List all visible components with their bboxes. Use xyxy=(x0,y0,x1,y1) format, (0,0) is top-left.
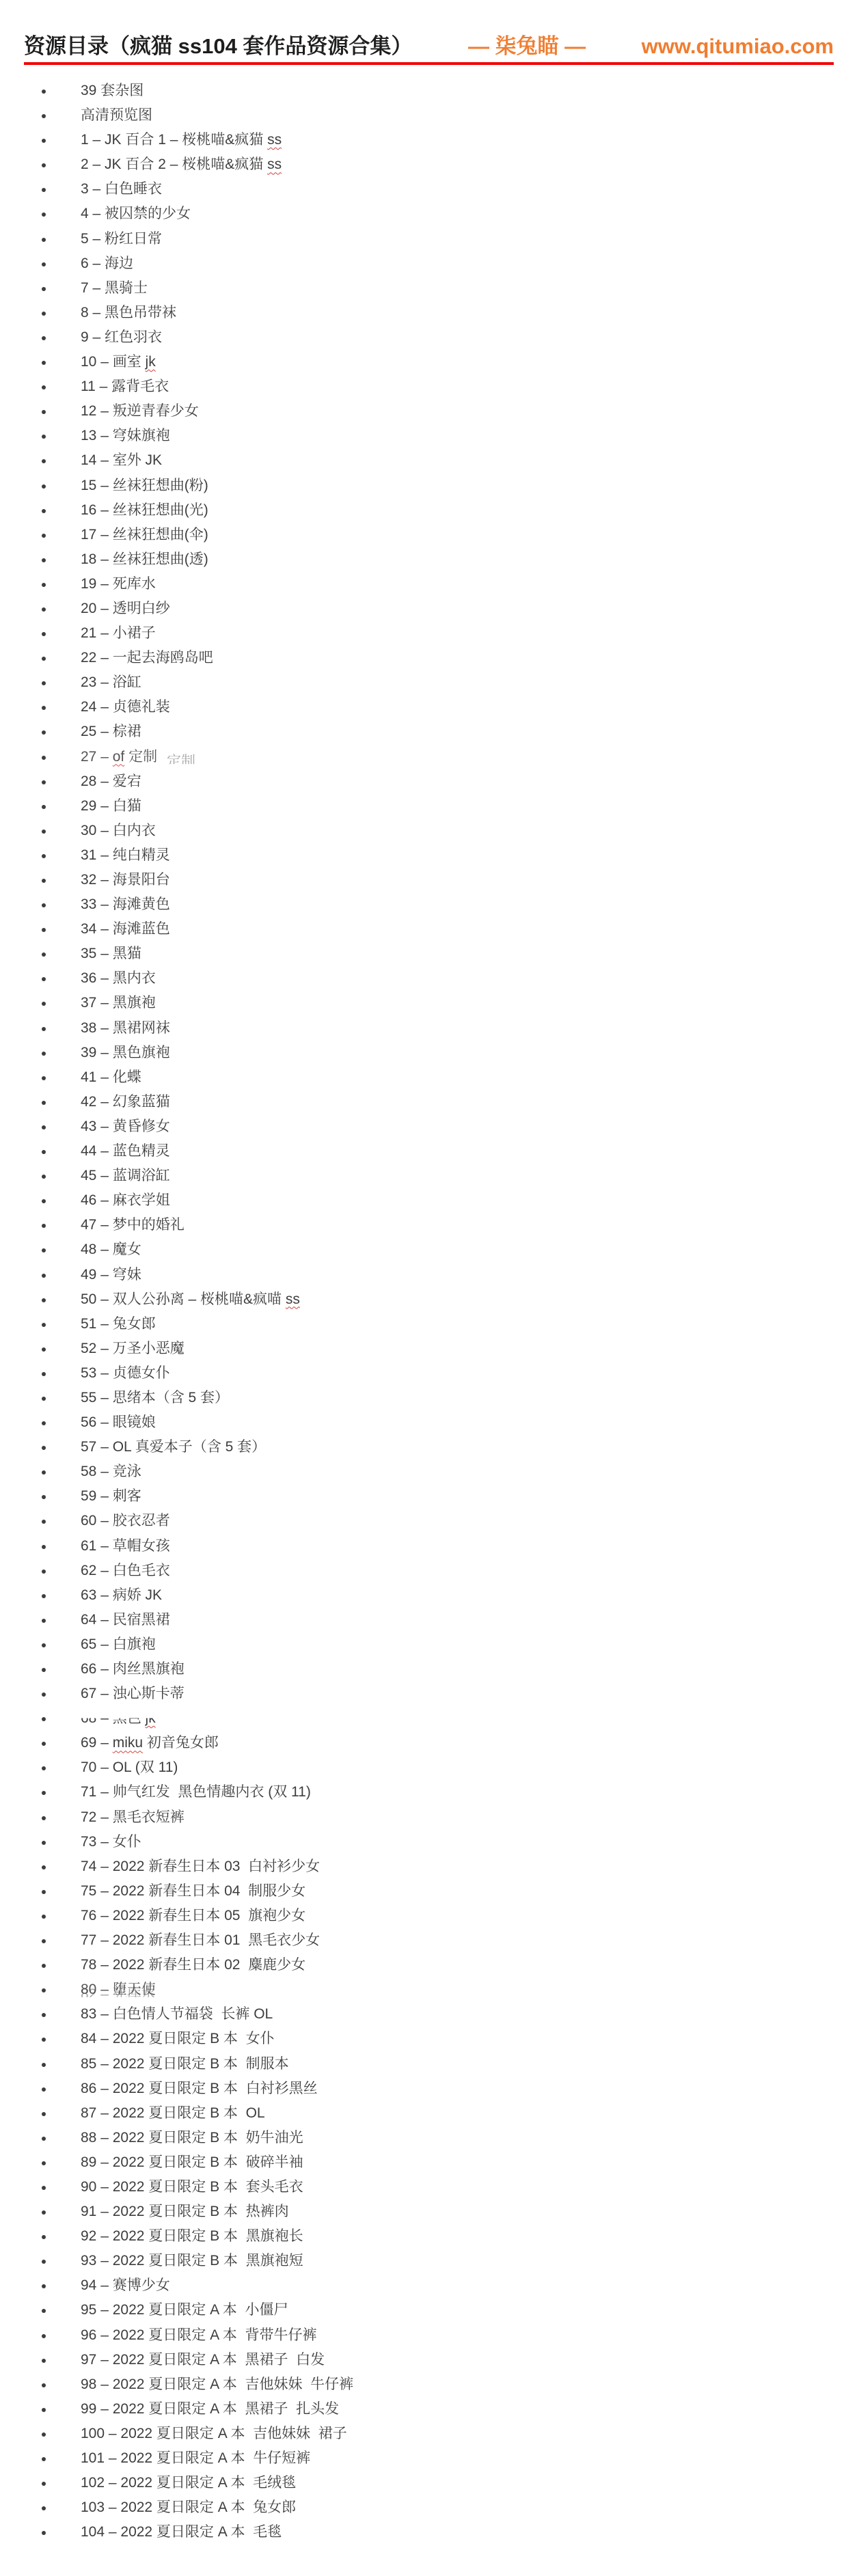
list-item: 58 – 竞泳 xyxy=(0,1460,844,1484)
author-segment: — 柒兔瞄 — xyxy=(468,31,586,61)
list-item-text: 87 – 2022 夏日限定 B 本 OL xyxy=(0,2101,265,2126)
list-item-text: 12 – 叛逆青春少女 xyxy=(0,399,199,424)
list-item-text: 97 – 2022 夏日限定 A 本 黑裙子 白发 xyxy=(0,2348,325,2372)
list-item-text: 51 – 兔女郎 xyxy=(0,1312,156,1337)
list-item: 23 – 浴缸 xyxy=(0,670,844,695)
list-item: 11 – 露背毛衣 xyxy=(0,374,844,399)
list-item-text: 72 – 黑毛衣短裤 xyxy=(0,1805,185,1830)
list-item: 37 – 黑旗袍 xyxy=(0,991,844,1015)
spellcheck-underline: ss xyxy=(286,1291,300,1307)
list-item: 99 – 2022 夏日限定 A 本 黑裙子 扎头发 xyxy=(0,2397,844,2422)
spellcheck-underline: jk xyxy=(146,354,156,370)
bullet-marker xyxy=(42,2063,46,2067)
list-item-text: 24 – 贞德礼装 xyxy=(0,695,170,720)
list-item-text: 20 – 透明白纱 xyxy=(0,597,170,621)
bullet-marker xyxy=(42,2087,46,2092)
list-item: 8 – 黑色吊带袜 xyxy=(0,301,844,325)
list-item: 73 – 女仆 xyxy=(0,1830,844,1854)
bullet-marker xyxy=(42,1274,46,1278)
list-item: 52 – 万圣小恶魔 xyxy=(0,1337,844,1361)
list-item-text: 16 – 丝袜狂想曲(光) xyxy=(0,498,208,523)
list-item: 14 – 室外 JK xyxy=(0,448,844,473)
bullet-marker xyxy=(42,509,46,513)
list-item-text: 9 – 红色羽衣 xyxy=(0,325,162,350)
bullet-marker xyxy=(42,2112,46,2116)
list-item: 19 – 死库水 xyxy=(0,572,844,597)
bullet-marker xyxy=(42,1643,46,1647)
list-item: 87 – 2022 夏日限定 B 本 OL xyxy=(0,2101,844,2126)
list-item: 22 – 一起去海鸥岛吧 xyxy=(0,646,844,670)
bullet-marker xyxy=(42,90,46,94)
page-title: 资源目录（疯猫 ss104 套作品资源合集） — 柒兔瞄 — www.qitum… xyxy=(24,31,834,61)
spellcheck-underline: miku xyxy=(113,1735,143,1751)
list-item: 72 – 黑毛衣短裤 xyxy=(0,1805,844,1830)
list-item-text: 73 – 女仆 xyxy=(0,1830,141,1854)
list-item-glitched: 80 – 堕天使82 – 死库水 xyxy=(0,1977,844,2002)
list-item-text: 52 – 万圣小恶魔 xyxy=(0,1337,185,1361)
list-item: 89 – 2022 夏日限定 B 本 破碎半袖 xyxy=(0,2150,844,2175)
bullet-marker xyxy=(42,1668,46,1672)
list-item-text: 21 – 小裙子 xyxy=(0,621,156,646)
list-item: 101 – 2022 夏日限定 A 本 牛仔短裤 xyxy=(0,2446,844,2471)
list-item-text: 101 – 2022 夏日限定 A 本 牛仔短裤 xyxy=(0,2446,310,2471)
list-item: 74 – 2022 新春生日本 03 白衬衫少女 xyxy=(0,1854,844,1879)
list-item-text: 98 – 2022 夏日限定 A 本 吉他妹妹 牛仔裤 xyxy=(0,2372,353,2397)
title-underline xyxy=(24,62,834,65)
list-item: 59 – 刺客 xyxy=(0,1484,844,1509)
bullet-marker xyxy=(42,830,46,834)
list-item: 39 套杂图 xyxy=(0,79,844,103)
list-item: 53 – 贞德女仆 xyxy=(0,1361,844,1386)
list-item-text: 78 – 2022 新春生日本 02 麋鹿少女 xyxy=(0,1953,305,1977)
list-item-text: 36 – 黑内衣 xyxy=(0,966,156,991)
bullet-marker xyxy=(42,1841,46,1845)
bullet-marker xyxy=(42,534,46,538)
bullet-marker xyxy=(42,336,46,340)
list-item-text: 14 – 室外 JK xyxy=(0,448,162,473)
list-item: 29 – 白猫 xyxy=(0,794,844,819)
list-item-text: 71 – 帅气红发 黑色情趣内衣 (双 11) xyxy=(0,1780,311,1805)
spellcheck-underline: jk xyxy=(146,1710,156,1726)
bullet-marker xyxy=(42,1150,46,1154)
list-item-text: 49 – 穹妹 xyxy=(0,1263,141,1287)
bullet-marker xyxy=(42,2383,46,2387)
list-item-text: 69 – miku 初音兔女郎 xyxy=(0,1731,219,1755)
list-item: 71 – 帅气红发 黑色情趣内衣 (双 11) xyxy=(0,1780,844,1805)
list-item: 18 – 丝袜狂想曲(透) xyxy=(0,547,844,572)
list-item: 69 – miku 初音兔女郎 xyxy=(0,1731,844,1755)
list-item: 102 – 2022 夏日限定 A 本 毛绒毯 xyxy=(0,2471,844,2495)
site-url-link[interactable]: www.qitumiao.com xyxy=(642,31,834,61)
list-item-text: 41 – 化蝶 xyxy=(0,1065,141,1090)
list-item: 67 – 浊心斯卡蒂 xyxy=(0,1682,844,1706)
bullet-marker xyxy=(42,1890,46,1894)
list-item: 93 – 2022 夏日限定 B 本 黑旗袍短 xyxy=(0,2249,844,2273)
list-item: 62 – 白色毛衣 xyxy=(0,1559,844,1583)
list-item: 42 – 幻象蓝猫 xyxy=(0,1090,844,1114)
list-item-text: 23 – 浴缸 xyxy=(0,670,141,695)
list-item: 21 – 小裙子 xyxy=(0,621,844,646)
bullet-marker xyxy=(42,583,46,587)
list-item-glitched: 68 – 黑色 jk xyxy=(0,1706,844,1731)
list-item-text: 27 – of 定制 xyxy=(0,745,157,769)
list-item: 45 – 蓝调浴缸 xyxy=(0,1164,844,1188)
list-item-text: 32 – 海景阳台 xyxy=(0,868,170,892)
list-item: 47 – 梦中的婚礼 xyxy=(0,1213,844,1237)
list-item: 61 – 草帽女孩 xyxy=(0,1534,844,1559)
list-item-text: 28 – 爱宕 xyxy=(0,769,141,794)
list-item-text: 86 – 2022 夏日限定 B 本 白衬衫黑丝 xyxy=(0,2077,318,2101)
list-item-text: 74 – 2022 新春生日本 03 白衬衫少女 xyxy=(0,1854,320,1879)
list-item-text: 76 – 2022 新春生日本 05 旗袍少女 xyxy=(0,1904,305,1928)
list-item-text: 25 – 棕裙 xyxy=(0,720,141,744)
list-item: 12 – 叛逆青春少女 xyxy=(0,399,844,424)
list-item: 41 – 化蝶 xyxy=(0,1065,844,1090)
list-item-text: 55 – 思绪本（含 5 套） xyxy=(0,1386,229,1410)
bullet-marker xyxy=(42,1052,46,1056)
list-item-text: 53 – 贞德女仆 xyxy=(0,1361,170,1386)
list-item-text: 94 – 赛博少女 xyxy=(0,2273,170,2298)
bullet-marker xyxy=(42,1298,46,1302)
list-item: 51 – 兔女郎 xyxy=(0,1312,844,1337)
list-item-text: 37 – 黑旗袍 xyxy=(0,991,156,1015)
bullet-marker xyxy=(42,854,46,858)
list-item-text: 42 – 幻象蓝猫 xyxy=(0,1090,170,1114)
spellcheck-underline: ss xyxy=(267,156,282,172)
list-item: 100 – 2022 夏日限定 A 本 吉他妹妹 裙子 xyxy=(0,2422,844,2446)
list-item-text: 75 – 2022 新春生日本 04 制服少女 xyxy=(0,1879,305,1904)
list-item-text: 44 – 蓝色精灵 xyxy=(0,1139,170,1164)
list-item: 60 – 胶衣忍者 xyxy=(0,1509,844,1533)
list-item-text: 4 – 被囚禁的少女 xyxy=(0,202,191,226)
list-item: 43 – 黄昏修女 xyxy=(0,1114,844,1139)
list-item: 75 – 2022 新春生日本 04 制服少女 xyxy=(0,1879,844,1904)
list-item: 24 – 贞德礼装 xyxy=(0,695,844,720)
bullet-marker xyxy=(42,262,46,266)
list-item: 57 – OL 真爱本子（含 5 套） xyxy=(0,1435,844,1460)
bullet-marker xyxy=(42,238,46,242)
list-item: 65 – 白旗袍 xyxy=(0,1632,844,1657)
list-item-text: 17 – 丝袜狂想曲(伞) xyxy=(0,523,208,547)
list-item-text: 65 – 白旗袍 xyxy=(0,1632,156,1657)
bullet-marker xyxy=(42,1816,46,1820)
bullet-marker xyxy=(42,1347,46,1352)
bullet-marker xyxy=(42,1101,46,1105)
list-item-text: 10 – 画室 jk xyxy=(0,350,156,374)
list-item: 1 – JK 百合 1 – 桜桃喵&疯猫 ss xyxy=(0,128,844,152)
list-item: 78 – 2022 新春生日本 02 麋鹿少女 xyxy=(0,1953,844,1977)
list-item-text: 80 – 堕天使 xyxy=(0,1977,156,2002)
list-item-text: 67 – 浊心斯卡蒂 xyxy=(0,1682,185,1706)
list-item: 63 – 病娇 JK xyxy=(0,1583,844,1608)
list-item: 91 – 2022 夏日限定 B 本 热裤肉 xyxy=(0,2200,844,2224)
list-item: 7 – 黑骑士 xyxy=(0,276,844,301)
title-text: 资源目录（疯猫 ss104 套作品资源合集） xyxy=(24,31,412,61)
bullet-marker xyxy=(42,1076,46,1080)
list-item: 88 – 2022 夏日限定 B 本 奶牛油光 xyxy=(0,2126,844,2150)
list-item: 38 – 黑裙网袜 xyxy=(0,1016,844,1041)
bullet-marker xyxy=(42,805,46,809)
document-header: 资源目录（疯猫 ss104 套作品资源合集） — 柒兔瞄 — www.qitum… xyxy=(0,0,844,65)
list-item: 46 – 麻衣学姐 xyxy=(0,1188,844,1213)
list-item: 16 – 丝袜狂想曲(光) xyxy=(0,498,844,523)
list-item-text: 83 – 白色情人节福袋 长裤 OL xyxy=(0,2002,273,2027)
list-item: 44 – 蓝色精灵 xyxy=(0,1139,844,1164)
list-item: 20 – 透明白纱 xyxy=(0,597,844,621)
list-item: 9 – 红色羽衣 xyxy=(0,325,844,350)
spellcheck-underline: ss xyxy=(267,132,282,148)
list-item-text: 96 – 2022 夏日限定 A 本 背带牛仔裤 xyxy=(0,2323,316,2348)
list-item: 77 – 2022 新春生日本 01 黑毛衣少女 xyxy=(0,1928,844,1953)
bullet-marker xyxy=(42,312,46,316)
bullet-marker xyxy=(42,361,46,365)
list-item-text: 5 – 粉红日常 xyxy=(0,227,162,251)
bullet-marker xyxy=(42,484,46,489)
bullet-marker xyxy=(42,1619,46,1623)
list-item: 55 – 思绪本（含 5 套） xyxy=(0,1386,844,1410)
list-item-text: 39 – 黑色旗袍 xyxy=(0,1041,170,1065)
list-item: 4 – 被囚禁的少女 xyxy=(0,202,844,226)
list-item: 98 – 2022 夏日限定 A 本 吉他妹妹 牛仔裤 xyxy=(0,2372,844,2397)
list-item-text: 64 – 民宿黑裙 xyxy=(0,1608,170,1632)
list-item-text: 35 – 黑猫 xyxy=(0,942,141,966)
list-item: 104 – 2022 夏日限定 A 本 毛毯 xyxy=(0,2520,844,2545)
list-item: 13 – 穹妹旗袍 xyxy=(0,424,844,448)
bullet-marker xyxy=(42,1125,46,1129)
list-item-text: 57 – OL 真爱本子（含 5 套） xyxy=(0,1435,266,1460)
bullet-marker xyxy=(42,1594,46,1598)
list-item: 2 – JK 百合 2 – 桜桃喵&疯猫 ss xyxy=(0,152,844,177)
list-item-text: 63 – 病娇 JK xyxy=(0,1583,162,1608)
list-item: 50 – 双人公孙离 – 桜桃喵&疯喵 ss xyxy=(0,1287,844,1312)
bullet-marker xyxy=(42,1915,46,1919)
list-item: 31 – 纯白精灵 xyxy=(0,843,844,868)
list-item: 6 – 海边 xyxy=(0,251,844,276)
bullet-marker xyxy=(42,607,46,612)
bullet-marker xyxy=(42,1372,46,1376)
list-item: 35 – 黑猫 xyxy=(0,942,844,966)
list-item: 84 – 2022 夏日限定 B 本 女仆 xyxy=(0,2027,844,2051)
list-item: 97 – 2022 夏日限定 A 本 黑裙子 白发 xyxy=(0,2348,844,2372)
resource-list: 39 套杂图高清预览图1 – JK 百合 1 – 桜桃喵&疯猫 ss2 – JK… xyxy=(0,79,844,2545)
bullet-marker xyxy=(42,2408,46,2412)
bullet-marker xyxy=(42,1027,46,1031)
list-item: 32 – 海景阳台 xyxy=(0,868,844,892)
list-item-text: 38 – 黑裙网袜 xyxy=(0,1016,170,1041)
bullet-marker xyxy=(42,2334,46,2338)
list-item-text: 47 – 梦中的婚礼 xyxy=(0,1213,185,1237)
list-item-text: 13 – 穹妹旗袍 xyxy=(0,424,170,448)
list-item-text: 33 – 海滩黄色 xyxy=(0,892,170,917)
bullet-marker xyxy=(42,1323,46,1327)
bullet-marker xyxy=(42,1939,46,1943)
list-item: 94 – 赛博少女 xyxy=(0,2273,844,2298)
list-item-text: 99 – 2022 夏日限定 A 本 黑裙子 扎头发 xyxy=(0,2397,339,2422)
list-item-text: 56 – 眼镜娘 xyxy=(0,1410,156,1435)
list-item-text: 39 套杂图 xyxy=(0,79,144,103)
list-item: 49 – 穹妹 xyxy=(0,1263,844,1287)
bullet-marker xyxy=(42,287,46,291)
list-item: 85 – 2022 夏日限定 B 本 制服本 xyxy=(0,2052,844,2077)
list-item: 28 – 爱宕 xyxy=(0,769,844,794)
list-item: 76 – 2022 新春生日本 05 旗袍少女 xyxy=(0,1904,844,1928)
list-item: 86 – 2022 夏日限定 B 本 白衬衫黑丝 xyxy=(0,2077,844,2101)
spellcheck-underline: of xyxy=(113,749,125,765)
list-item-text: 6 – 海边 xyxy=(0,251,133,276)
list-item: 48 – 魔女 xyxy=(0,1237,844,1262)
list-item-text: 43 – 黄昏修女 xyxy=(0,1114,170,1139)
list-item-text: 7 – 黑骑士 xyxy=(0,276,148,301)
bullet-marker xyxy=(42,1397,46,1401)
list-item-text: 70 – OL (双 11) xyxy=(0,1755,178,1780)
list-item-text: 60 – 胶衣忍者 xyxy=(0,1509,170,1533)
list-item: 25 – 棕裙 xyxy=(0,720,844,744)
bullet-marker xyxy=(42,558,46,562)
list-item-text: 8 – 黑色吊带袜 xyxy=(0,301,176,325)
bullet-marker xyxy=(42,2433,46,2437)
list-item: 33 – 海滩黄色 xyxy=(0,892,844,917)
bullet-marker xyxy=(42,1865,46,1869)
list-item: 90 – 2022 夏日限定 B 本 套头毛衣 xyxy=(0,2175,844,2200)
list-item-text: 45 – 蓝调浴缸 xyxy=(0,1164,170,1188)
list-item: 96 – 2022 夏日限定 A 本 背带牛仔裤 xyxy=(0,2323,844,2348)
list-item-glitched: 27 – of 定制 定制 xyxy=(0,745,844,769)
list-item: 66 – 肉丝黑旗袍 xyxy=(0,1657,844,1682)
list-item: 17 – 丝袜狂想曲(伞) xyxy=(0,523,844,547)
list-item-text: 31 – 纯白精灵 xyxy=(0,843,170,868)
bullet-marker xyxy=(42,1570,46,1574)
list-item: 83 – 白色情人节福袋 长裤 OL xyxy=(0,2002,844,2027)
list-item: 5 – 粉红日常 xyxy=(0,227,844,251)
list-item-text: 61 – 草帽女孩 xyxy=(0,1534,170,1559)
list-item-text: 22 – 一起去海鸥岛吧 xyxy=(0,646,213,670)
list-item: 70 – OL (双 11) xyxy=(0,1755,844,1780)
list-item-text: 62 – 白色毛衣 xyxy=(0,1559,170,1583)
bullet-marker xyxy=(42,780,46,784)
list-item-text: 3 – 白色睡衣 xyxy=(0,177,162,202)
list-item-text: 59 – 刺客 xyxy=(0,1484,141,1509)
list-item-text: 34 – 海滩蓝色 xyxy=(0,917,170,942)
list-item-text: 77 – 2022 新春生日本 01 黑毛衣少女 xyxy=(0,1928,320,1953)
list-item: 15 – 丝袜狂想曲(粉) xyxy=(0,474,844,498)
bullet-marker xyxy=(42,2457,46,2461)
list-item-text: 高清预览图 xyxy=(0,103,152,128)
list-item-text: 11 – 露背毛衣 xyxy=(0,374,169,399)
list-item-text: 15 – 丝袜狂想曲(粉) xyxy=(0,474,208,498)
bullet-marker xyxy=(42,2137,46,2141)
bullet-marker xyxy=(42,1545,46,1549)
list-item: 39 – 黑色旗袍 xyxy=(0,1041,844,1065)
bullet-marker xyxy=(42,2161,46,2165)
list-item: 95 – 2022 夏日限定 A 本 小僵尸 xyxy=(0,2298,844,2322)
list-item-text: 18 – 丝袜狂想曲(透) xyxy=(0,547,208,572)
bullet-marker xyxy=(42,2186,46,2190)
list-item-text: 48 – 魔女 xyxy=(0,1237,141,1262)
list-item-text: 66 – 肉丝黑旗袍 xyxy=(0,1657,185,1682)
list-item-text: 100 – 2022 夏日限定 A 本 吉他妹妹 裙子 xyxy=(0,2422,347,2446)
list-item: 36 – 黑内衣 xyxy=(0,966,844,991)
bullet-marker xyxy=(42,879,46,883)
list-item: 92 – 2022 夏日限定 B 本 黑旗袍长 xyxy=(0,2224,844,2249)
list-item-text: 68 – 黑色 jk xyxy=(0,1706,156,1731)
list-item-text: 46 – 麻衣学姐 xyxy=(0,1188,170,1213)
list-item: 103 – 2022 夏日限定 A 本 兔女郎 xyxy=(0,2495,844,2520)
list-item: 34 – 海滩蓝色 xyxy=(0,917,844,942)
list-item: 高清预览图 xyxy=(0,103,844,128)
bullet-marker xyxy=(42,2359,46,2363)
list-item: 56 – 眼镜娘 xyxy=(0,1410,844,1435)
list-item: 30 – 白内衣 xyxy=(0,819,844,843)
list-item-text: 29 – 白猫 xyxy=(0,794,141,819)
list-item-text: 58 – 竞泳 xyxy=(0,1460,141,1484)
list-item-text: 19 – 死库水 xyxy=(0,572,156,597)
list-item: 10 – 画室 jk xyxy=(0,350,844,374)
list-item-text: 30 – 白内衣 xyxy=(0,819,156,843)
list-item: 64 – 民宿黑裙 xyxy=(0,1608,844,1632)
list-item: 3 – 白色睡衣 xyxy=(0,177,844,202)
